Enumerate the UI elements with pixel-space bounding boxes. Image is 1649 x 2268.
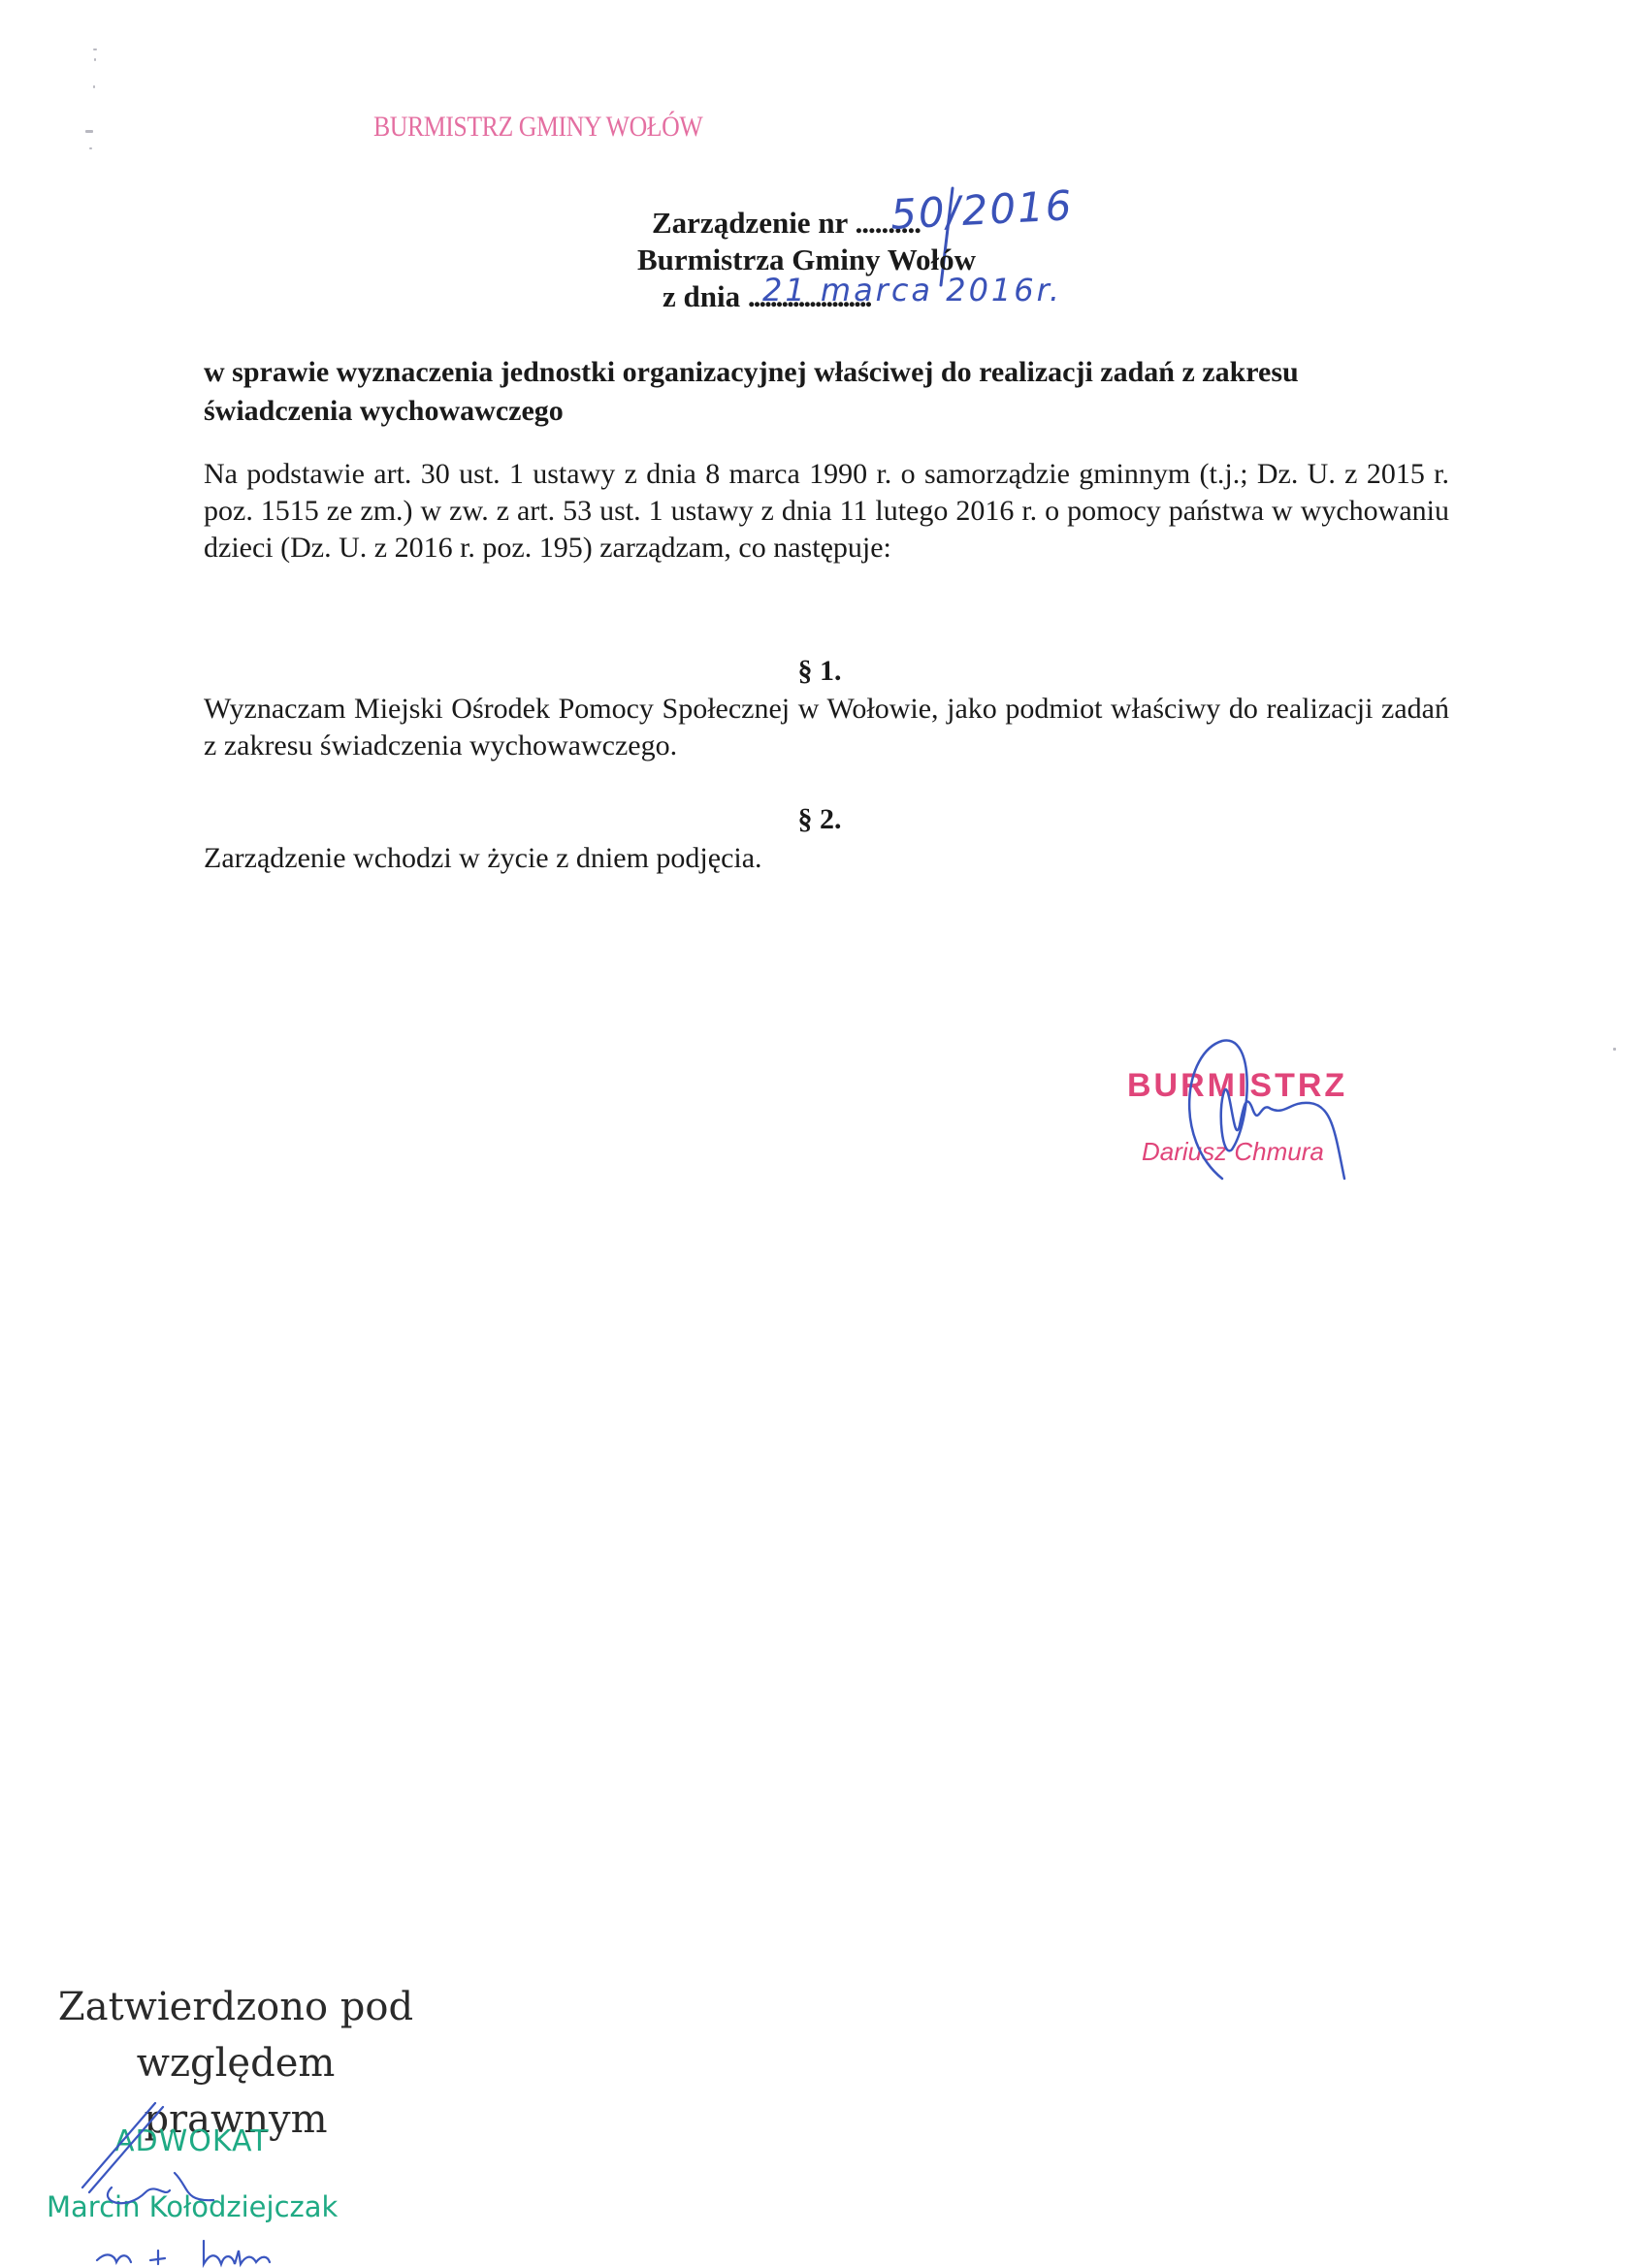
date-label: z dnia [663, 279, 740, 313]
scan-artifact [94, 58, 96, 61]
handwritten-ordinance-number: 50/2016 [889, 181, 1075, 239]
mayor-handwritten-signature [1164, 1033, 1377, 1188]
scan-artifact [85, 130, 93, 133]
ordinance-subject: w sprawie wyznaczenia jednostki organiza… [204, 353, 1445, 431]
header-stamp: BURMISTRZ GMINY WOŁÓW [373, 111, 702, 144]
section-2-text: Zarządzenie wchodzi w życie z dniem podj… [204, 840, 1449, 877]
scan-artifact [89, 147, 92, 149]
handwritten-date: 21 marca 2016r. [762, 272, 1062, 308]
section-2-mark: § 2. [771, 803, 868, 836]
scan-artifact [93, 85, 95, 88]
scan-artifact [1613, 1048, 1616, 1051]
legal-basis-preamble: Na podstawie art. 30 ust. 1 ustawy z dni… [204, 456, 1449, 567]
section-1-text: Wyznaczam Miejski Ośrodek Pomocy Społecz… [204, 691, 1449, 764]
ordinance-label: Zarządzenie nr [652, 206, 848, 240]
legal-approval-line1: Zatwierdzono pod [56, 1979, 415, 2035]
ordinance-number-line: Zarządzenie nr .......... [652, 206, 921, 241]
scan-artifact [93, 49, 97, 50]
section-1-mark: § 1. [771, 655, 868, 688]
lawyer-handwritten-signature [58, 2095, 310, 2268]
